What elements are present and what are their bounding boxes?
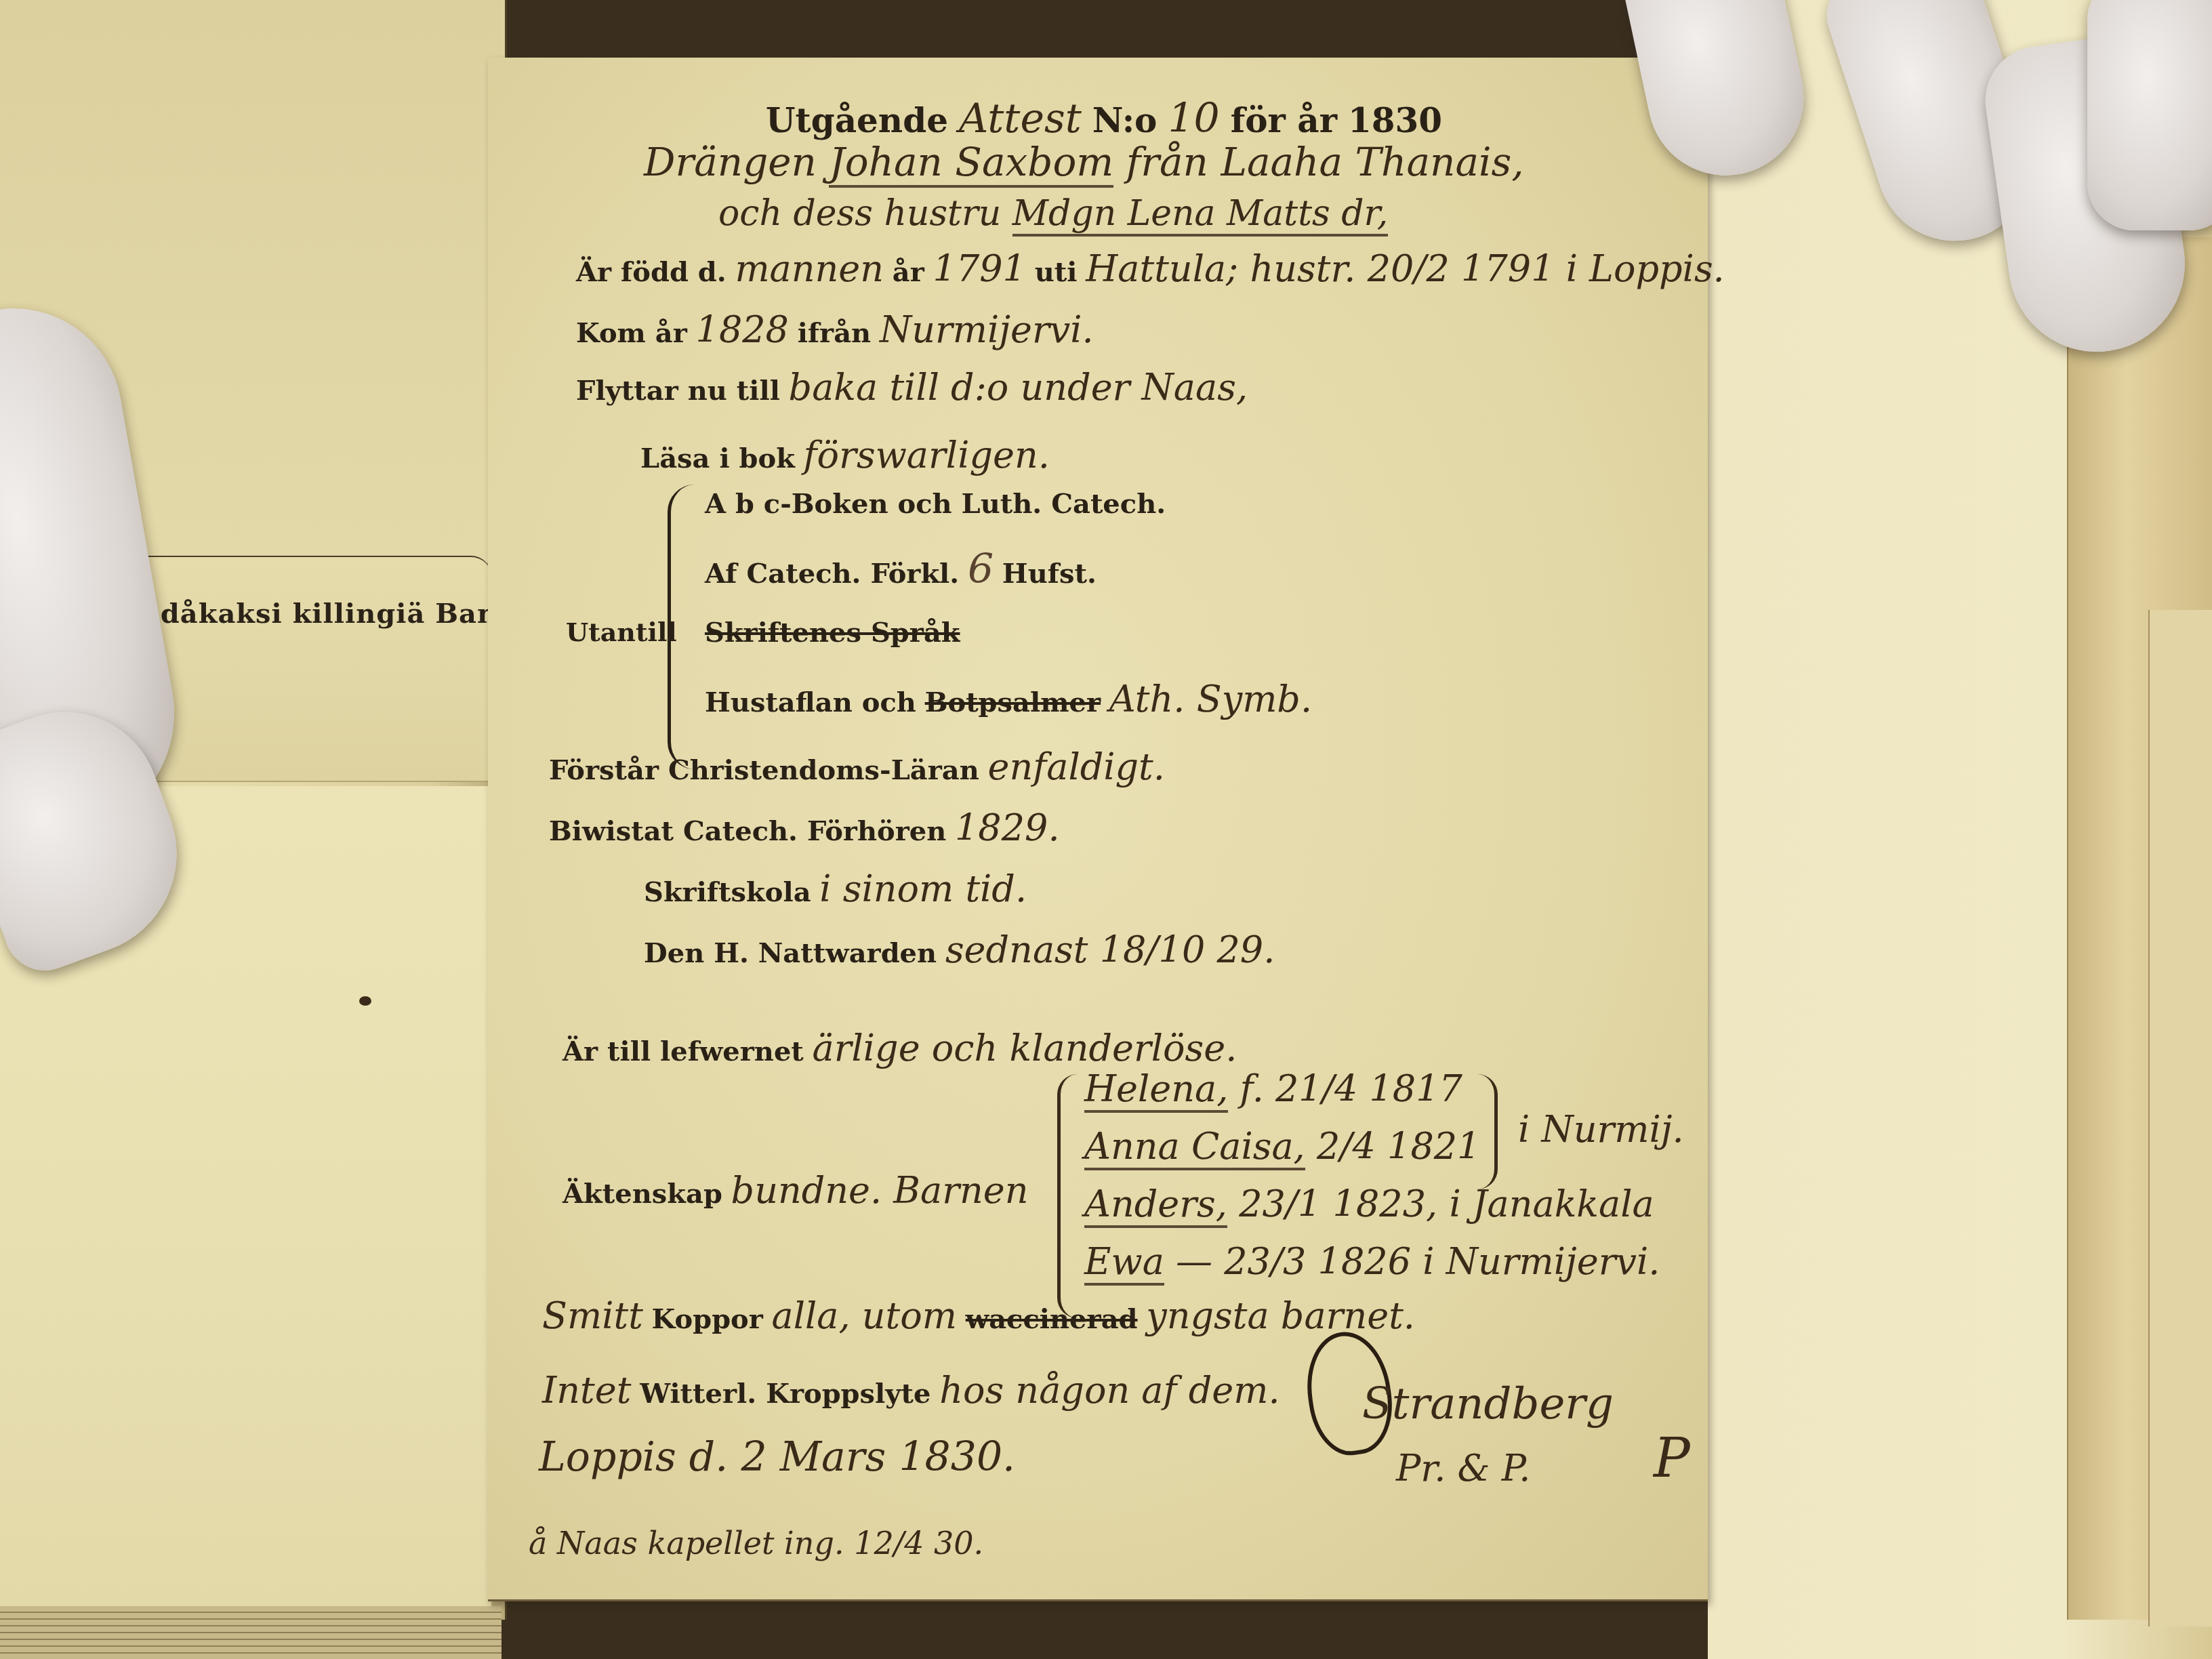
smallpox-value-2: yngsta barnet. [1146, 1294, 1415, 1337]
brace-children-right [1477, 1074, 1498, 1189]
utantill-item-label: A b c-Boken och Luth. Catech. [705, 488, 1166, 520]
born-who: mannen [735, 247, 884, 290]
field-conduct: Är till lefwernet ärlige och klanderlöse… [562, 1027, 1237, 1069]
signature-flourish: P [1654, 1427, 1690, 1490]
child-entry: Anna Caisa, 2/4 1821 [1084, 1125, 1480, 1168]
field-reading: Läsa i bok förswarligen. [640, 434, 1050, 476]
spouse-prefix: och dess hustru [718, 193, 1001, 234]
field-understands: Förstår Christendoms-Läran enfaldigt. [549, 745, 1165, 788]
person-prefix: Drängen [644, 139, 817, 185]
smallpox-struck: waccinerad [966, 1303, 1138, 1335]
came-label: Kom år [576, 317, 687, 349]
utantill-item-3: Skriftenes Språk [705, 617, 960, 649]
person-name: Johan Saxbom [829, 139, 1113, 188]
born-place: Hattula; hustr. 20/2 1791 i Loppis. [1086, 247, 1725, 290]
understands-label: Förstår Christendoms-Läran [549, 754, 979, 786]
smallpox-label: Koppor [652, 1303, 763, 1335]
confirmation-value: i sinom tid. [819, 867, 1027, 910]
smallpox-prefix: Smitt [542, 1294, 643, 1337]
field-communion: Den H. Nattwarden sednast 18/10 29. [644, 928, 1275, 971]
came-from: Nurmijervi. [880, 308, 1094, 351]
place-date: Loppis d. 2 Mars 1830. [539, 1433, 1015, 1481]
utantill-item-label-struck: Skriftenes Språk [705, 617, 960, 649]
children-group-place: i Nurmij. [1518, 1108, 1684, 1151]
title-year-prefix: för år [1231, 100, 1337, 140]
certificate-document: Utgående Attest N:o 10 för år 1830 Dräng… [488, 58, 1708, 1601]
utantill-item-1: A b c-Boken och Luth. Catech. [705, 488, 1166, 520]
title-attest: Attest [959, 95, 1082, 142]
spouse-name: Mdgn Lena Matts dr, [1012, 193, 1388, 237]
defects-prefix: Intet [542, 1369, 631, 1412]
child-date: 23/1 1823, [1239, 1183, 1437, 1225]
attended-value: 1829. [955, 806, 1060, 849]
smallpox-value: alla, utom [772, 1294, 957, 1337]
footnote: å Naas kapellet ing. 12/4 30. [529, 1525, 983, 1561]
communion-label: Den H. Nattwarden [644, 937, 937, 969]
born-label: Är född d. [576, 256, 726, 288]
title-printed-prefix: Utgående [766, 100, 948, 140]
attest-number: 10 [1168, 95, 1219, 142]
utantill-item-label: Af Catech. Förkl. [705, 558, 959, 590]
marriage-label: Äktenskap [562, 1178, 722, 1210]
attest-year: 1830 [1348, 100, 1442, 140]
signature-name: Strandberg [1362, 1379, 1614, 1429]
utantill-item-value: 6 [968, 546, 994, 593]
child-place: i Nurmijervi. [1422, 1240, 1660, 1283]
born-year: 1791 [933, 247, 1026, 290]
utantill-item-4: Hustaflan och Botpsalmer Ath. Symb. [705, 678, 1312, 720]
communion-value: sednast 18/10 29. [945, 928, 1275, 971]
came-from-label: ifrån [798, 317, 871, 349]
utantill-item-label: Hustaflan och [705, 687, 916, 718]
conduct-label: Är till lefwernet [562, 1036, 804, 1067]
title-no: N:o [1092, 100, 1158, 140]
person-line-1: Drängen Johan Saxbom från Laaha Thanais, [644, 139, 1524, 185]
conduct-value: ärlige och klanderlöse. [813, 1027, 1237, 1069]
came-year: 1828 [696, 308, 789, 351]
child-entry: Anders, 23/1 1823, i Janakkala [1084, 1183, 1654, 1225]
child-name: Helena, [1084, 1067, 1228, 1113]
field-moving: Flyttar nu till baka till d:o under Naas… [576, 366, 1248, 409]
reading-label: Läsa i bok [640, 443, 795, 474]
document-title: Utgående Attest N:o 10 för år 1830 [766, 95, 1442, 142]
reading-value: förswarligen. [804, 434, 1050, 476]
child-entry: Ewa — 23/3 1826 i Nurmijervi. [1084, 1240, 1660, 1283]
child-name: Anna Caisa, [1084, 1125, 1305, 1170]
person-line-2: och dess hustru Mdgn Lena Matts dr, [718, 193, 1388, 234]
signature-title: Pr. & P. [1396, 1447, 1530, 1490]
underlying-page-edge-2 [2148, 610, 2212, 1626]
gloved-finger-right-4 [2087, 0, 2212, 230]
confirmation-label: Skriftskola [644, 876, 811, 908]
child-place: i Janakkala [1449, 1183, 1654, 1225]
marriage-value: bundne. Barnen [731, 1169, 1029, 1212]
born-year-label: år [893, 256, 924, 288]
brace-children [1057, 1074, 1081, 1318]
born-place-label: uti [1035, 256, 1078, 288]
book-page-edges [0, 1606, 501, 1659]
attended-label: Biwistat Catech. Förhören [549, 815, 946, 847]
understands-value: enfaldigt. [988, 745, 1165, 788]
person-origin: från Laaha Thanais, [1126, 139, 1524, 185]
defects-label: Witterl. Kroppslyte [640, 1378, 930, 1410]
utantill-item-struck: Botpsalmer [925, 687, 1101, 718]
utantill-item-suffix: Hufst. [1002, 558, 1097, 590]
moving-to: baka till d:o under Naas, [789, 366, 1248, 409]
field-attended: Biwistat Catech. Förhören 1829. [549, 806, 1060, 849]
field-defects: Intet Witterl. Kroppslyte hos någon af d… [542, 1369, 1280, 1412]
field-confirmation-school: Skriftskola i sinom tid. [644, 867, 1027, 910]
utantill-item-value: Ath. Symb. [1109, 678, 1312, 720]
field-marriage: Äktenskap bundne. Barnen [562, 1169, 1029, 1212]
child-date: 2/4 1821 [1317, 1125, 1481, 1168]
field-born: Är född d. mannen år 1791 uti Hattula; h… [576, 247, 1725, 290]
child-date: — 23/3 1826 [1176, 1240, 1411, 1283]
utantill-label: Utantill [566, 617, 677, 647]
child-name: Ewa [1084, 1240, 1164, 1286]
defects-value: hos någon af dem. [939, 1369, 1279, 1412]
paper-speck [359, 996, 371, 1006]
child-date: f. 21/4 1817 [1240, 1067, 1462, 1110]
moving-label: Flyttar nu till [576, 375, 780, 407]
child-entry: Helena, f. 21/4 1817 [1084, 1067, 1462, 1110]
utantill-item-2: Af Catech. Förkl. 6 Hufst. [705, 546, 1097, 593]
child-name: Anders, [1084, 1183, 1227, 1228]
field-smallpox: Smitt Koppor alla, utom waccinerad yngst… [542, 1294, 1415, 1337]
field-came: Kom år 1828 ifrån Nurmijervi. [576, 308, 1094, 351]
brace-utantill [668, 485, 698, 769]
